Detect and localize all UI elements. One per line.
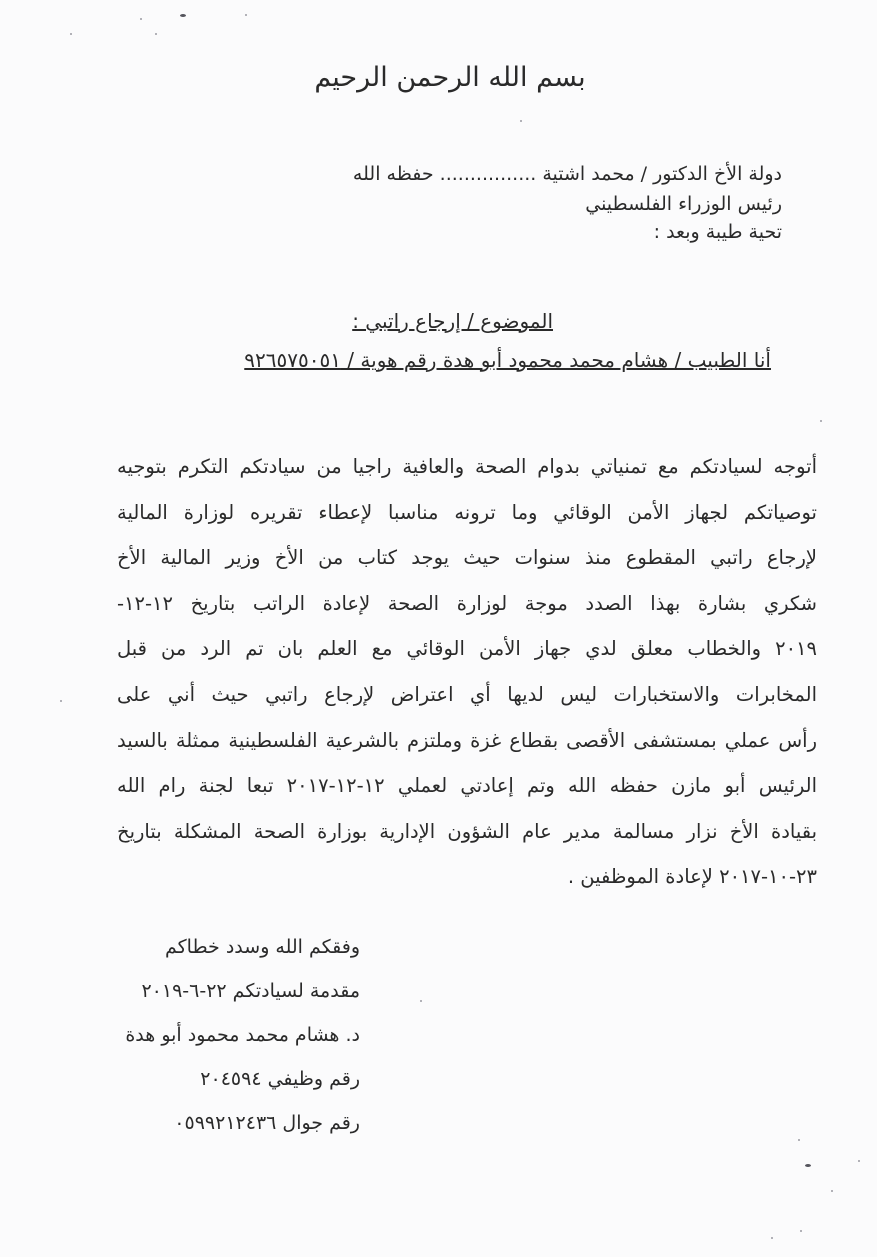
addressee-title: رئيس الوزراء الفلسطيني xyxy=(585,193,782,215)
scan-speck xyxy=(520,120,522,122)
mobile-number: رقم جوال ٠٥٩٩٢١٢٤٣٦ xyxy=(120,1101,360,1145)
sender-intro-line: أنا الطبيب / هشام محمد محمود أبو هدة رقم… xyxy=(244,348,771,372)
scan-speck xyxy=(798,1139,800,1141)
scan-speck xyxy=(800,1230,802,1232)
scan-speck xyxy=(831,1190,833,1192)
scan-speck xyxy=(820,420,822,422)
scanned-letter: بسم الله الرحمن الرحيم دولة الأخ الدكتور… xyxy=(0,0,877,1257)
employee-number: رقم وظيفي ٢٠٤٥٩٤ xyxy=(120,1057,360,1101)
scan-speck xyxy=(140,18,142,20)
body-line: المخابرات والاستخبارات ليس لديها أي اعتر… xyxy=(117,672,817,718)
body-line: لإرجاع راتبي المقطوع منذ سنوات حيث يوجد … xyxy=(117,535,817,581)
signature-block: وفقكم الله وسدد خطاكم مقدمة لسيادتكم ٢٢-… xyxy=(120,925,360,1145)
scan-speck xyxy=(60,700,62,702)
scan-speck xyxy=(70,33,72,35)
body-line: شكري بشارة بهذا الصدد موجة لوزارة الصحة … xyxy=(117,581,817,627)
sender-name: د. هشام محمد محمود أبو هدة xyxy=(120,1013,360,1057)
body-line: ٢٠١٩ والخطاب معلق لدي جهاز الأمن الوقائي… xyxy=(117,626,817,672)
closing-blessing: وفقكم الله وسدد خطاكم xyxy=(120,925,360,969)
scan-speck xyxy=(805,1164,811,1167)
body-line: أتوجه لسيادتكم مع تمنياتي بدوام الصحة وا… xyxy=(117,444,817,490)
submission-date: مقدمة لسيادتكم ٢٢-٦-٢٠١٩ xyxy=(120,969,360,1013)
body-line: رأس عملي بمستشفى الأقصى بقطاع غزة وملتزم… xyxy=(117,718,817,764)
scan-speck xyxy=(771,1237,773,1239)
body-line: توصياتكم لجهاز الأمن الوقائي وما ترونه م… xyxy=(117,490,817,536)
body-line: ٢٣-١٠-٢٠١٧ لإعادة الموظفين . xyxy=(117,854,817,900)
basmala-heading: بسم الله الرحمن الرحيم xyxy=(300,62,600,93)
scan-speck xyxy=(245,14,247,16)
scan-speck xyxy=(858,1160,860,1162)
subject-line: الموضوع / إرجاع راتبي : xyxy=(352,309,553,333)
scan-speck xyxy=(420,1000,422,1002)
body-line: بقيادة الأخ نزار مسالمة مدير عام الشؤون … xyxy=(117,809,817,855)
addressee-line: دولة الأخ الدكتور / محمد اشتية .........… xyxy=(353,163,782,185)
scan-speck xyxy=(180,14,186,17)
letter-body: أتوجه لسيادتكم مع تمنياتي بدوام الصحة وا… xyxy=(117,444,817,900)
body-line: الرئيس أبو مازن حفظه الله وتم إعادتي لعم… xyxy=(117,763,817,809)
greeting: تحية طيبة وبعد : xyxy=(654,221,782,243)
scan-speck xyxy=(155,33,157,35)
